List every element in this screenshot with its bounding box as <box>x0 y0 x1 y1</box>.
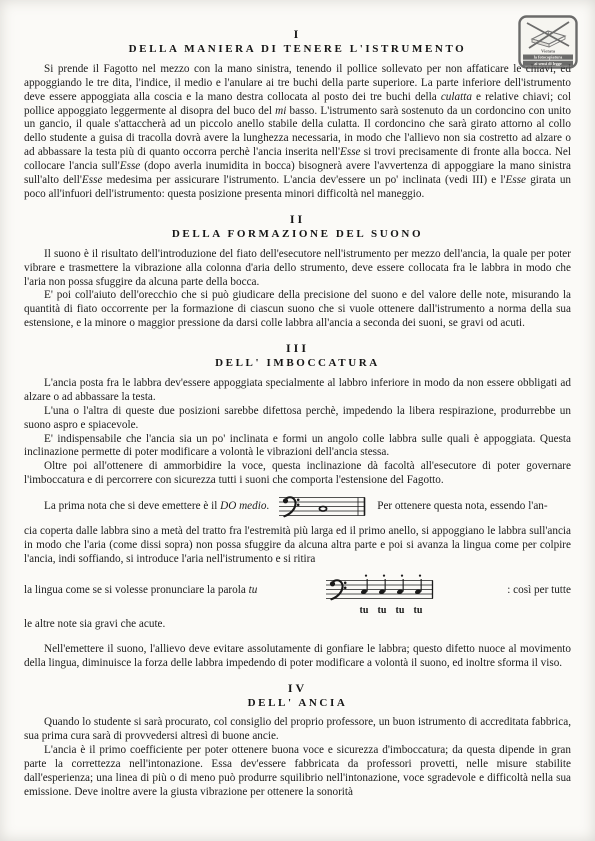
section-2-paragraph: E' poi coll'aiuto dell'orecchio che si p… <box>24 289 571 331</box>
stamp-line-3: ai sensi di legge <box>534 61 562 66</box>
whole-note <box>320 507 327 512</box>
book-page: Vietata la fotocopiatura ai sensi di leg… <box>0 0 595 841</box>
section-numeral-2: II <box>24 213 571 227</box>
music2-text-after: : così per tutte <box>507 584 571 598</box>
section-3-paragraph: L'ancia posta fra le labbra dev'essere a… <box>24 377 571 405</box>
stamp-line-2: la fotocopiatura <box>534 55 563 60</box>
tu-syllable: tu <box>378 605 387 616</box>
music-staff-tu-exercise: tu tu tu tu <box>326 571 438 617</box>
music2-text-before: la lingua come se si volesse pronunciare… <box>24 584 257 598</box>
tu-syllable: tu <box>360 605 369 616</box>
section-1-paragraph: Si prende il Fagotto nel mezzo con la ma… <box>24 63 571 202</box>
section-numeral-3: III <box>24 342 571 356</box>
section-3-paragraph: Oltre poi all'ottenere di ammorbidire la… <box>24 460 571 488</box>
music-example-do-medio: La prima nota che si deve emettere è il … <box>24 494 571 520</box>
section-3-closing-paragraph: Nell'emettere il suono, l'allievo deve e… <box>24 643 571 671</box>
tu-syllable: tu <box>414 605 423 616</box>
music-staff-whole-note <box>279 494 367 520</box>
section-title-1: DELLA MANIERA DI TENERE L'ISTRUMENTO <box>24 43 571 57</box>
section-3-paragraph: E' indispensabile che l'ancia sia un po'… <box>24 433 571 461</box>
section-4-paragraph: Quando lo studente si sarà procurato, co… <box>24 716 571 744</box>
music-example-tu: la lingua come se si volesse pronunciare… <box>24 571 571 617</box>
section-2-paragraph: Il suono è il risultato dell'introduzion… <box>24 248 571 290</box>
section-title-2: DELLA FORMAZIONE DEL SUONO <box>24 228 571 242</box>
section-3-paragraph-after-music: le altre note sia gravi che acute. <box>24 618 571 632</box>
tu-syllables: tu tu tu tu <box>360 605 423 616</box>
stamp-line-1: Vietata <box>541 49 556 54</box>
section-3-paragraph-continuation: cia coperta dalle labbra sino a metà del… <box>24 525 571 567</box>
no-photocopy-stamp-graphic: Vietata la fotocopiatura ai sensi di leg… <box>518 15 578 69</box>
section-3-paragraph: L'una o l'altra di queste due posizioni … <box>24 405 571 433</box>
section-title-3: DELL' IMBOCCATURA <box>24 357 571 371</box>
section-numeral-4: IV <box>24 682 571 696</box>
section-numeral-1: I <box>24 28 571 42</box>
tu-syllable: tu <box>396 605 405 616</box>
music1-text-after: Per ottenere questa nota, essendo l'an- <box>377 500 547 514</box>
section-title-4: DELL' ANCIA <box>24 697 571 711</box>
no-photocopy-stamp: Vietata la fotocopiatura ai sensi di leg… <box>518 15 578 69</box>
music1-text-before: La prima nota che si deve emettere è il … <box>24 500 269 514</box>
section-4-paragraph: L'ancia è il primo coefficiente per pote… <box>24 744 571 800</box>
